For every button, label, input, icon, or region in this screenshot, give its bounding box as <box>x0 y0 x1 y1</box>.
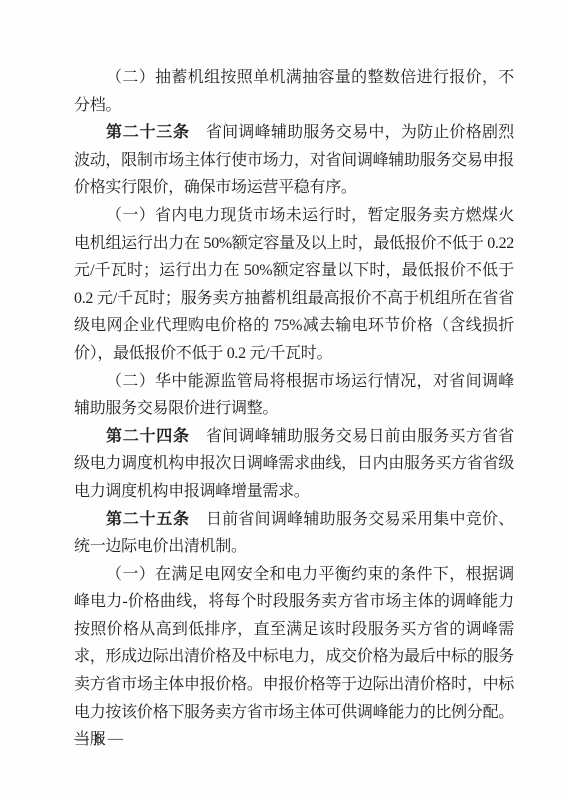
paragraph: 第二十三条 省间调峰辅助服务交易中，为防止价格剧烈波动，限制市场主体行使市场力，… <box>74 119 514 202</box>
paragraph: （二）华中能源监管局将根据市场运行情况，对省间调峰辅助服务交易限价进行调整。 <box>74 368 514 423</box>
paragraph: 第二十五条 日前省间调峰辅助服务交易采用集中竞价、统一边际电价出清机制。 <box>74 506 514 561</box>
paragraph: （一）在满足电网安全和电力平衡约束的条件下，根据调峰电力-价格曲线，将每个时段服… <box>74 561 514 754</box>
paragraph-text: （二）华中能源监管局将根据市场运行情况，对省间调峰辅助服务交易限价进行调整。 <box>74 373 514 418</box>
paragraph-text: （二）抽蓄机组按照单机满抽容量的整数倍进行报价，不分档。 <box>74 69 514 114</box>
document-body: （二）抽蓄机组按照单机满抽容量的整数倍进行报价，不分档。 第二十三条 省间调峰辅… <box>74 64 514 754</box>
article-number-bold: 第二十五条 <box>106 511 190 528</box>
article-number-bold: 第二十四条 <box>106 428 190 445</box>
page-number: — 8 — <box>74 731 124 748</box>
paragraph: （一）省内电力现货市场未运行时，暂定服务卖方燃煤火电机组运行出力在 50%额定容… <box>74 202 514 368</box>
paragraph: 第二十四条 省间调峰辅助服务交易日前由服务买方省省级电力调度机构申报次日调峰需求… <box>74 423 514 506</box>
paragraph-text: （一）在满足电网安全和电力平衡约束的条件下，根据调峰电力-价格曲线，将每个时段服… <box>74 566 514 749</box>
scanned-document-page: （二）抽蓄机组按照单机满抽容量的整数倍进行报价，不分档。 第二十三条 省间调峰辅… <box>0 0 565 800</box>
paragraph: （二）抽蓄机组按照单机满抽容量的整数倍进行报价，不分档。 <box>74 64 514 119</box>
article-number-bold: 第二十三条 <box>106 124 190 141</box>
paragraph-text: （一）省内电力现货市场未运行时，暂定服务卖方燃煤火电机组运行出力在 50%额定容… <box>74 207 514 362</box>
